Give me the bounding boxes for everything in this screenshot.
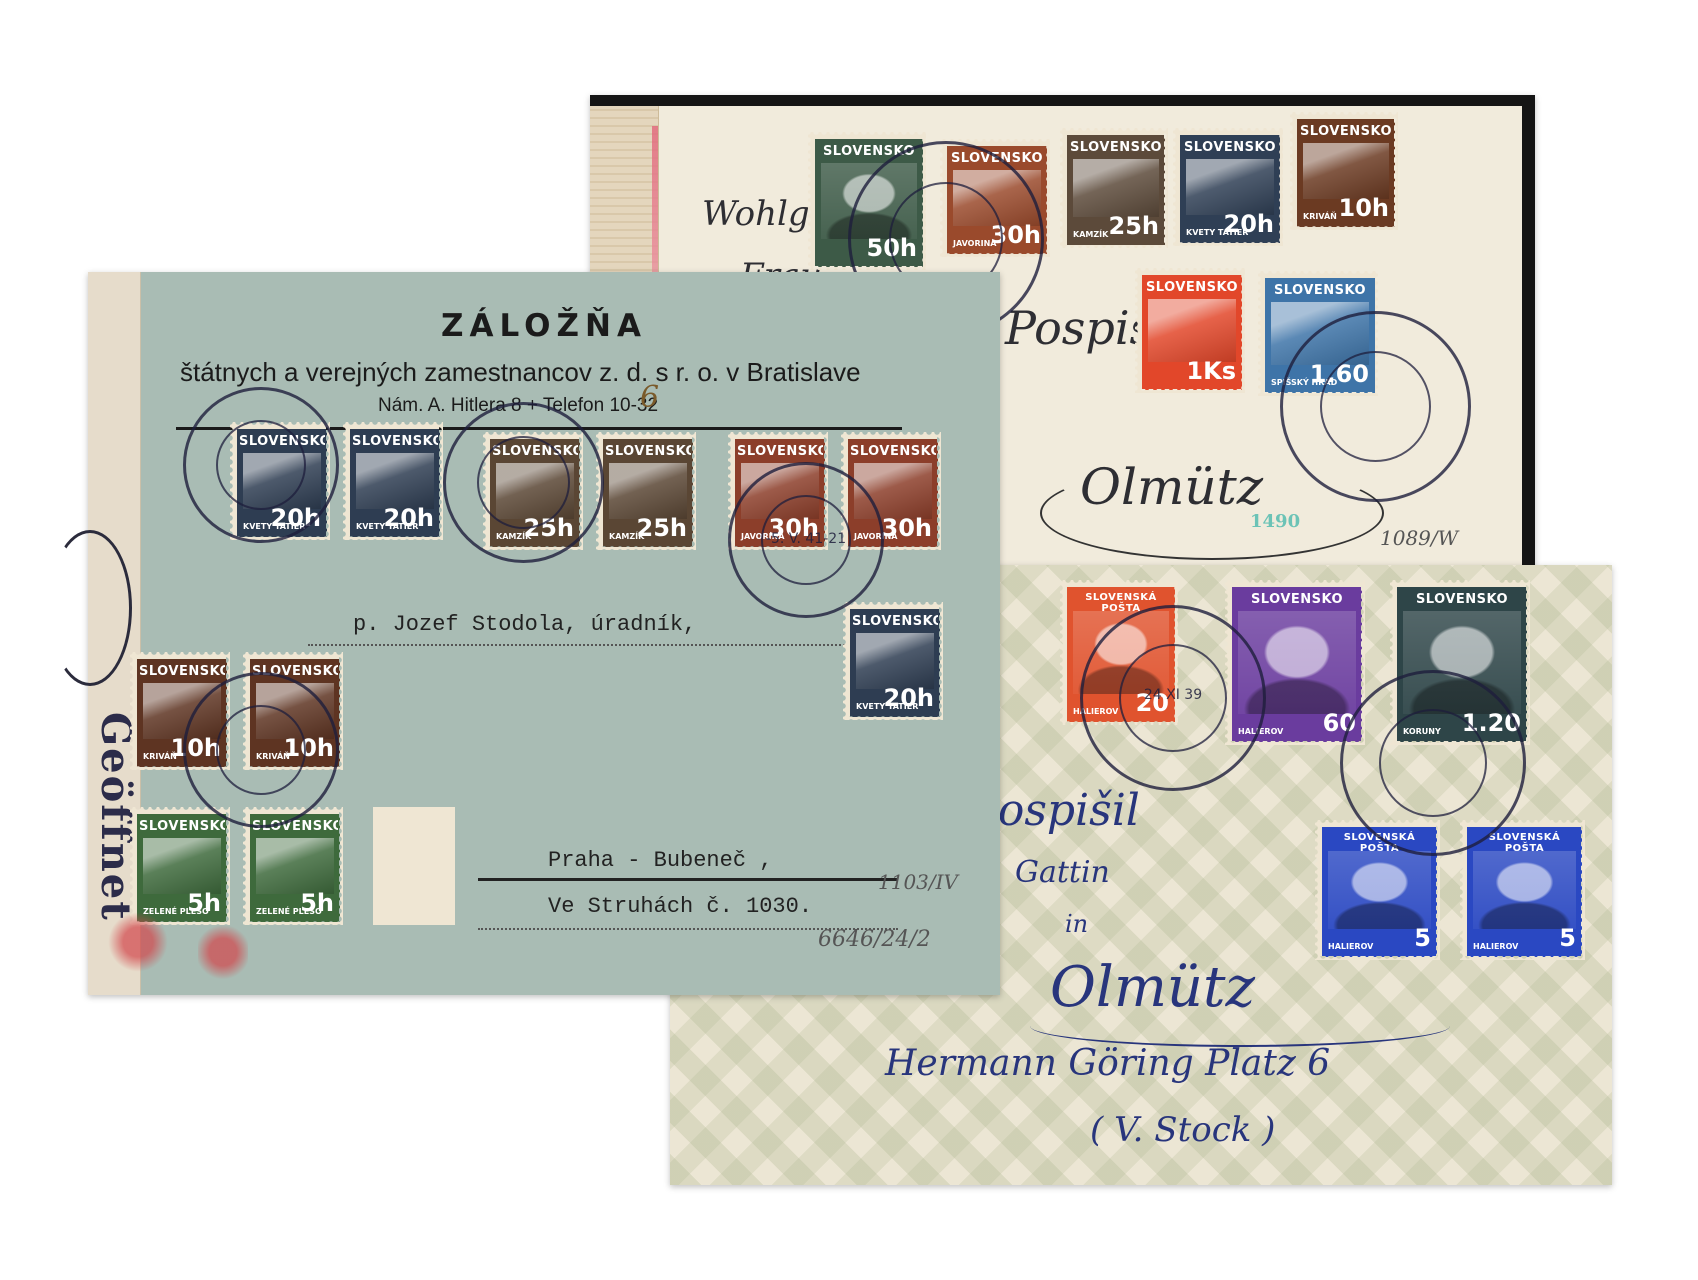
Hlinka-portrait-icon <box>1328 851 1431 929</box>
recipient-name: p. Jozef Stodola, úradník, <box>353 612 696 637</box>
stamp-25h: SLOVENSKOKAMZÍK25h <box>596 432 696 550</box>
stamp-country-label: SLOVENSKO <box>852 614 938 629</box>
mountains-icon <box>1303 143 1389 199</box>
teal-number: 1490 <box>1250 511 1300 532</box>
flowers-icon <box>856 633 934 689</box>
stamp-caption: KRIVÁŇ <box>1303 212 1337 221</box>
stamp-country-label: SLOVENSKO <box>1234 592 1360 607</box>
stamp-denomination: 10h <box>1339 194 1389 222</box>
stamp-country-label: SLOVENSKO <box>1399 592 1525 607</box>
stamp-country-label: SLOVENSKO <box>850 444 936 459</box>
postmark-front-1 <box>183 387 339 543</box>
stamp-denomination: 30h <box>882 514 932 542</box>
censor-stamp-ring <box>48 530 132 686</box>
postmark-bottom-2 <box>1340 670 1526 856</box>
chamois-icon <box>1073 159 1159 217</box>
stamp-20h: SLOVENSKOKVETY TATIER20h <box>343 422 443 540</box>
pencil-note-2: 6646/24/2 <box>818 927 931 952</box>
stamp-caption: HALIEROV <box>1473 942 1518 951</box>
stamp-country-label: SLOVENSKO <box>737 444 823 459</box>
stamp-country-label: SLOVENSKO <box>1299 124 1393 139</box>
postmark-top-2 <box>1280 311 1471 502</box>
flowers-icon <box>1186 159 1274 215</box>
stamp-caption: HALIEROV <box>1328 942 1373 951</box>
stamp-20h: SLOVENSKOKVETY TATIER20h <box>843 602 943 720</box>
business-cover-front: Geöffnet ZÁLOŽŇA štátnych a verejných za… <box>88 272 1000 995</box>
stamp-caption: KAMZÍK <box>1073 230 1108 239</box>
pencil-note-1: 1103/IV <box>878 870 958 894</box>
handwriting-street: Hermann Göring Platz 6 <box>885 1043 1330 1084</box>
stamp-25h: SLOVENSKOKAMZÍK25h <box>1060 128 1168 248</box>
postmark-front-3: -5. V. 41-21 <box>728 462 884 618</box>
flowers-icon <box>356 453 434 509</box>
stamp-country-label: SLOVENSKO <box>139 664 225 679</box>
stamp-5h: SLOVENSKOZELENÉ PLESO5h <box>130 807 230 925</box>
postmark-date: 24 XI 39 <box>1083 687 1263 703</box>
address-dotline <box>308 644 908 646</box>
city-underline <box>478 878 898 881</box>
red-wax-mark <box>108 912 168 972</box>
postmark-front-2 <box>443 402 604 563</box>
stamp-denomination: 20h <box>884 684 934 712</box>
red-wax-mark <box>198 922 248 982</box>
stamp-denomination: 5h <box>300 889 334 917</box>
chamois-icon <box>609 463 687 519</box>
postmark-date: -5. V. 41-21 <box>731 531 881 547</box>
pencil-reference: 1089/W <box>1380 526 1458 550</box>
stamp-country-label: SLOVENSKO <box>1267 283 1373 298</box>
stamp-denomination: 20h <box>384 504 434 532</box>
handwriting-in: in <box>1065 910 1088 938</box>
stamp-country-label: SLOVENSKO <box>352 434 438 449</box>
postmark-bottom-1: 24 XI 39 <box>1080 605 1266 791</box>
stamp-denomination: 25h <box>1109 212 1159 240</box>
handwriting-gattin: Gattin <box>1015 855 1110 890</box>
stamp-20h: SLOVENSKOKVETY TATIER20h <box>1173 128 1283 246</box>
stamp-country-label: SLOVENSKO <box>1144 280 1240 295</box>
mountain-lake-icon <box>256 838 334 894</box>
stamp-denomination: 5 <box>1559 924 1576 952</box>
stamp-country-label: SLOVENSKO <box>605 444 691 459</box>
letterhead-subtitle: štátnych a verejných zamestnancov z. d. … <box>180 357 861 388</box>
stamp-country-label: SLOVENSKO <box>139 819 225 834</box>
sheet-margin <box>373 807 455 925</box>
handwriting-floor: ( V. Stock ) <box>1090 1110 1275 1150</box>
stamp-denomination: 25h <box>637 514 687 542</box>
recipient-city: Praha - Bubeneč , <box>548 848 772 873</box>
stamp-1ks: SLOVENSKO1Ks <box>1135 268 1245 393</box>
stamp-denomination: 5 <box>1414 924 1431 952</box>
handwriting-salutation: Wohlg <box>702 194 810 234</box>
letterhead-title: ZÁLOŽŇA <box>88 308 1000 344</box>
stamp-country-label: SLOVENSKO <box>1182 140 1278 155</box>
mountain-lake-icon <box>143 838 221 894</box>
stamp-denomination: 5h <box>187 889 221 917</box>
postmark-front-4 <box>183 672 339 828</box>
recipient-street: Ve Struhách č. 1030. <box>548 894 812 919</box>
airplane-icon <box>1148 299 1236 362</box>
stamp-denomination: 20h <box>1224 210 1274 238</box>
handwritten-digit: 6 <box>640 380 659 415</box>
stamp-10h: SLOVENSKOKRIVÁŇ10h <box>1290 112 1398 230</box>
stamp-denomination: 1Ks <box>1186 357 1236 385</box>
Hlinka-portrait-icon <box>1473 851 1576 929</box>
stamp-country-label: SLOVENSKO <box>1069 140 1163 155</box>
underline-swirl <box>1030 1005 1450 1047</box>
